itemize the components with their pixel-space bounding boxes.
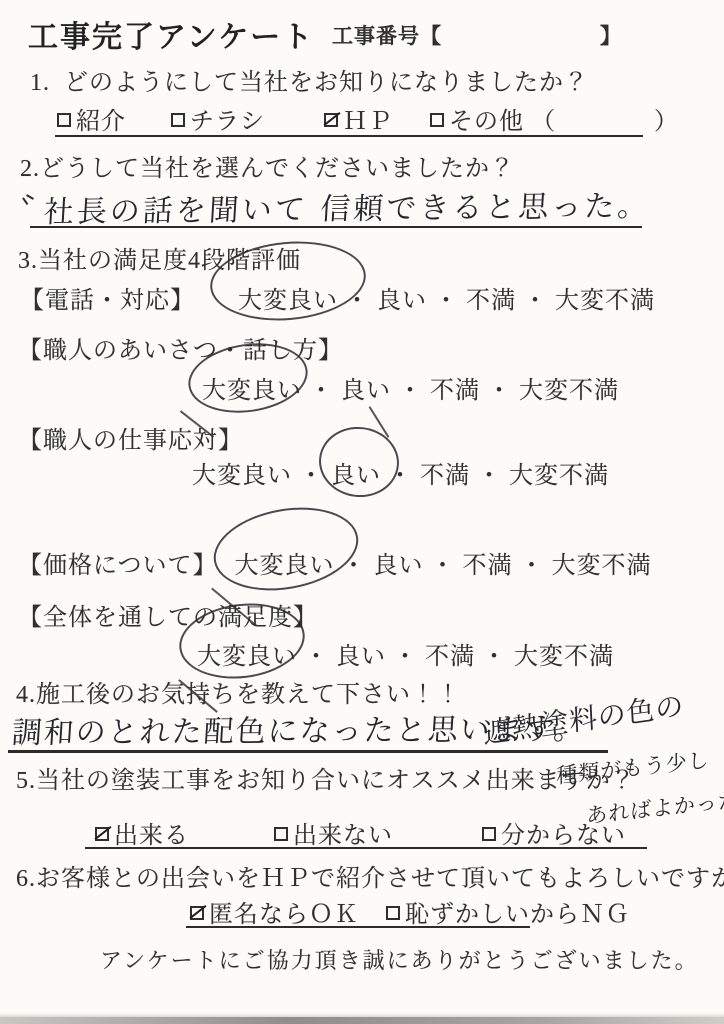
job-number-label: 工事番号 bbox=[332, 24, 420, 48]
separator-dot: ・ bbox=[309, 378, 334, 404]
rating-row-work-options: 大変良い・良い・不満・大変不満 bbox=[192, 455, 609, 490]
separator-dot: ・ bbox=[487, 378, 512, 404]
job-number-field: 工事番号【】 bbox=[332, 20, 622, 50]
checkbox-cannot-recommend bbox=[274, 827, 288, 841]
question-4-number: 4. bbox=[16, 682, 36, 708]
checkbox-flyer bbox=[171, 113, 185, 127]
thank-you-message: アンケートにご協力頂き誠にありがとうございました。 bbox=[100, 944, 699, 975]
rating-option: 大変不満 bbox=[514, 636, 614, 671]
rating-label-price: 【価格について】 bbox=[18, 553, 218, 579]
question-2-number: 2. bbox=[20, 156, 40, 182]
answer-line-q1 bbox=[55, 135, 643, 137]
checkbox-can-recommend bbox=[95, 827, 109, 841]
separator-dot: ・ bbox=[299, 463, 324, 489]
option-label-anonymous-ok: 匿名ならＯＫ bbox=[209, 902, 359, 928]
rating-option: 不満 bbox=[420, 455, 470, 490]
checkbox-anonymous-ok bbox=[190, 906, 204, 920]
rating-option-circled: 大変良い bbox=[235, 545, 335, 580]
separator-dot: ・ bbox=[393, 644, 418, 670]
option-label-flyer: チラシ bbox=[190, 109, 265, 135]
pen-mark bbox=[26, 194, 34, 200]
question-5-number: 5. bbox=[16, 768, 36, 794]
checkbox-other bbox=[430, 113, 444, 127]
question-1-number: 1. bbox=[30, 70, 50, 96]
answer-line-q4 bbox=[8, 750, 608, 753]
question-6-options: 匿名ならＯＫ 恥ずかしいからＮＧ bbox=[190, 894, 630, 929]
rating-option: 不満 bbox=[463, 545, 513, 580]
separator-dot: ・ bbox=[304, 644, 329, 670]
rating-label-phone: 【電話・対応】 bbox=[20, 288, 195, 314]
separator-dot: ・ bbox=[477, 463, 502, 489]
rating-option-circled: 大変良い bbox=[197, 636, 297, 671]
question-4-text: 施工後のお気持ちを教えて下さい！！ bbox=[36, 682, 461, 708]
separator-dot: ・ bbox=[520, 553, 545, 579]
question-6: 6.お客様との出会いをＨＰで紹介させて頂いてもよろしいですか？ bbox=[16, 858, 724, 893]
rating-option: 良い bbox=[374, 545, 424, 580]
rating-row-greeting-options: 大変良い・良い・不満・大変不満 bbox=[202, 370, 619, 405]
question-6-number: 6. bbox=[16, 866, 36, 892]
option-label-referral: 紹介 bbox=[76, 109, 126, 135]
rating-label-greeting: 【職人のあいさつ・話し方】 bbox=[18, 330, 343, 365]
rating-row-overall-options: 大変良い・良い・不満・大変不満 bbox=[197, 636, 614, 671]
question-2-handwritten-answer: 社長の話を聞いて 信頼できると思った。 bbox=[43, 181, 652, 231]
question-5-options: 出来る 出来ない 分からない bbox=[95, 815, 626, 850]
rating-label-work: 【職人の仕事応対】 bbox=[18, 420, 243, 455]
option-label-hp: ＨＰ bbox=[343, 109, 393, 135]
question-1-options: 紹介 チラシ ＨＰ その他 （） bbox=[57, 101, 679, 136]
rating-option: 大変不満 bbox=[519, 370, 619, 405]
rating-option: 良い bbox=[341, 370, 391, 405]
separator-dot: ・ bbox=[523, 288, 548, 314]
bracket-open: 【 bbox=[420, 24, 442, 48]
question-6-text: お客様との出会いをＨＰで紹介させて頂いてもよろしいですか？ bbox=[36, 866, 724, 892]
rating-option: 良い bbox=[377, 280, 427, 315]
rating-option-circled: 大変良い bbox=[202, 370, 302, 405]
scan-edge-strip bbox=[0, 1017, 724, 1024]
rating-row-phone: 【電話・対応】 大変良い・良い・不満・大変不満 bbox=[20, 280, 655, 315]
checkbox-dont-know bbox=[482, 827, 496, 841]
separator-dot: ・ bbox=[342, 553, 367, 579]
question-3-number: 3. bbox=[18, 248, 38, 274]
question-2: 2.どうして当社を選んでくださいましたか？ bbox=[20, 148, 515, 183]
rating-row-price: 【価格について】 大変良い・良い・不満・大変不満 bbox=[18, 545, 652, 580]
answer-line-q6 bbox=[186, 926, 530, 928]
question-2-text: どうして当社を選んでくださいましたか？ bbox=[40, 156, 515, 182]
rating-option: 大変不満 bbox=[555, 280, 655, 315]
option-label-dont-know: 分からない bbox=[501, 823, 626, 849]
rating-option: 大変不満 bbox=[552, 545, 652, 580]
rating-option: 良い bbox=[336, 636, 386, 671]
page-title: 工事完了アンケート bbox=[28, 12, 314, 56]
rating-option: 不満 bbox=[430, 370, 480, 405]
survey-scan-page: 工事完了アンケート 工事番号【】 1.どのようにして当社をお知りになりましたか？… bbox=[0, 0, 724, 1024]
question-3: 3.当社の満足度4段階評価 bbox=[18, 240, 301, 275]
question-3-text: 当社の満足度4段階評価 bbox=[38, 248, 301, 274]
checkbox-referral bbox=[57, 113, 71, 127]
separator-dot: ・ bbox=[345, 288, 370, 314]
question-5: 5.当社の塗装工事をお知り合いにオススメ出来ますか？ bbox=[16, 760, 636, 795]
question-1-text: どのようにして当社をお知りになりましたか？ bbox=[64, 70, 589, 96]
checkbox-hp bbox=[324, 113, 338, 127]
other-paren-close: ） bbox=[654, 109, 679, 135]
question-1: 1.どのようにして当社をお知りになりましたか？ bbox=[30, 62, 589, 97]
separator-dot: ・ bbox=[388, 463, 413, 489]
rating-option: 大変不満 bbox=[509, 455, 609, 490]
answer-line-q5 bbox=[85, 847, 647, 849]
question-4: 4.施工後のお気持ちを教えて下さい！！ bbox=[16, 674, 461, 709]
checkbox-embarrassed-ng bbox=[386, 906, 400, 920]
separator-dot: ・ bbox=[431, 553, 456, 579]
separator-dot: ・ bbox=[482, 644, 507, 670]
rating-option-circled: 大変良い bbox=[238, 280, 338, 315]
option-label-cannot-recommend: 出来ない bbox=[293, 823, 393, 849]
separator-dot: ・ bbox=[434, 288, 459, 314]
option-label-embarrassed-ng: 恥ずかしいからＮＧ bbox=[405, 902, 630, 928]
separator-dot: ・ bbox=[398, 378, 423, 404]
rating-option: 不満 bbox=[466, 280, 516, 315]
rating-option: 不満 bbox=[425, 636, 475, 671]
rating-label-overall: 【全体を通しての満足度】 bbox=[18, 597, 318, 632]
other-paren-open: （ bbox=[531, 109, 556, 135]
option-label-can-recommend: 出来る bbox=[114, 823, 189, 849]
bracket-close: 】 bbox=[600, 24, 622, 48]
rating-option: 大変良い bbox=[192, 455, 292, 490]
rating-option-circled: 良い bbox=[331, 455, 381, 490]
option-label-other: その他 bbox=[449, 109, 524, 135]
question-5-text: 当社の塗装工事をお知り合いにオススメ出来ますか？ bbox=[36, 768, 636, 794]
answer-line-q2 bbox=[30, 226, 642, 228]
